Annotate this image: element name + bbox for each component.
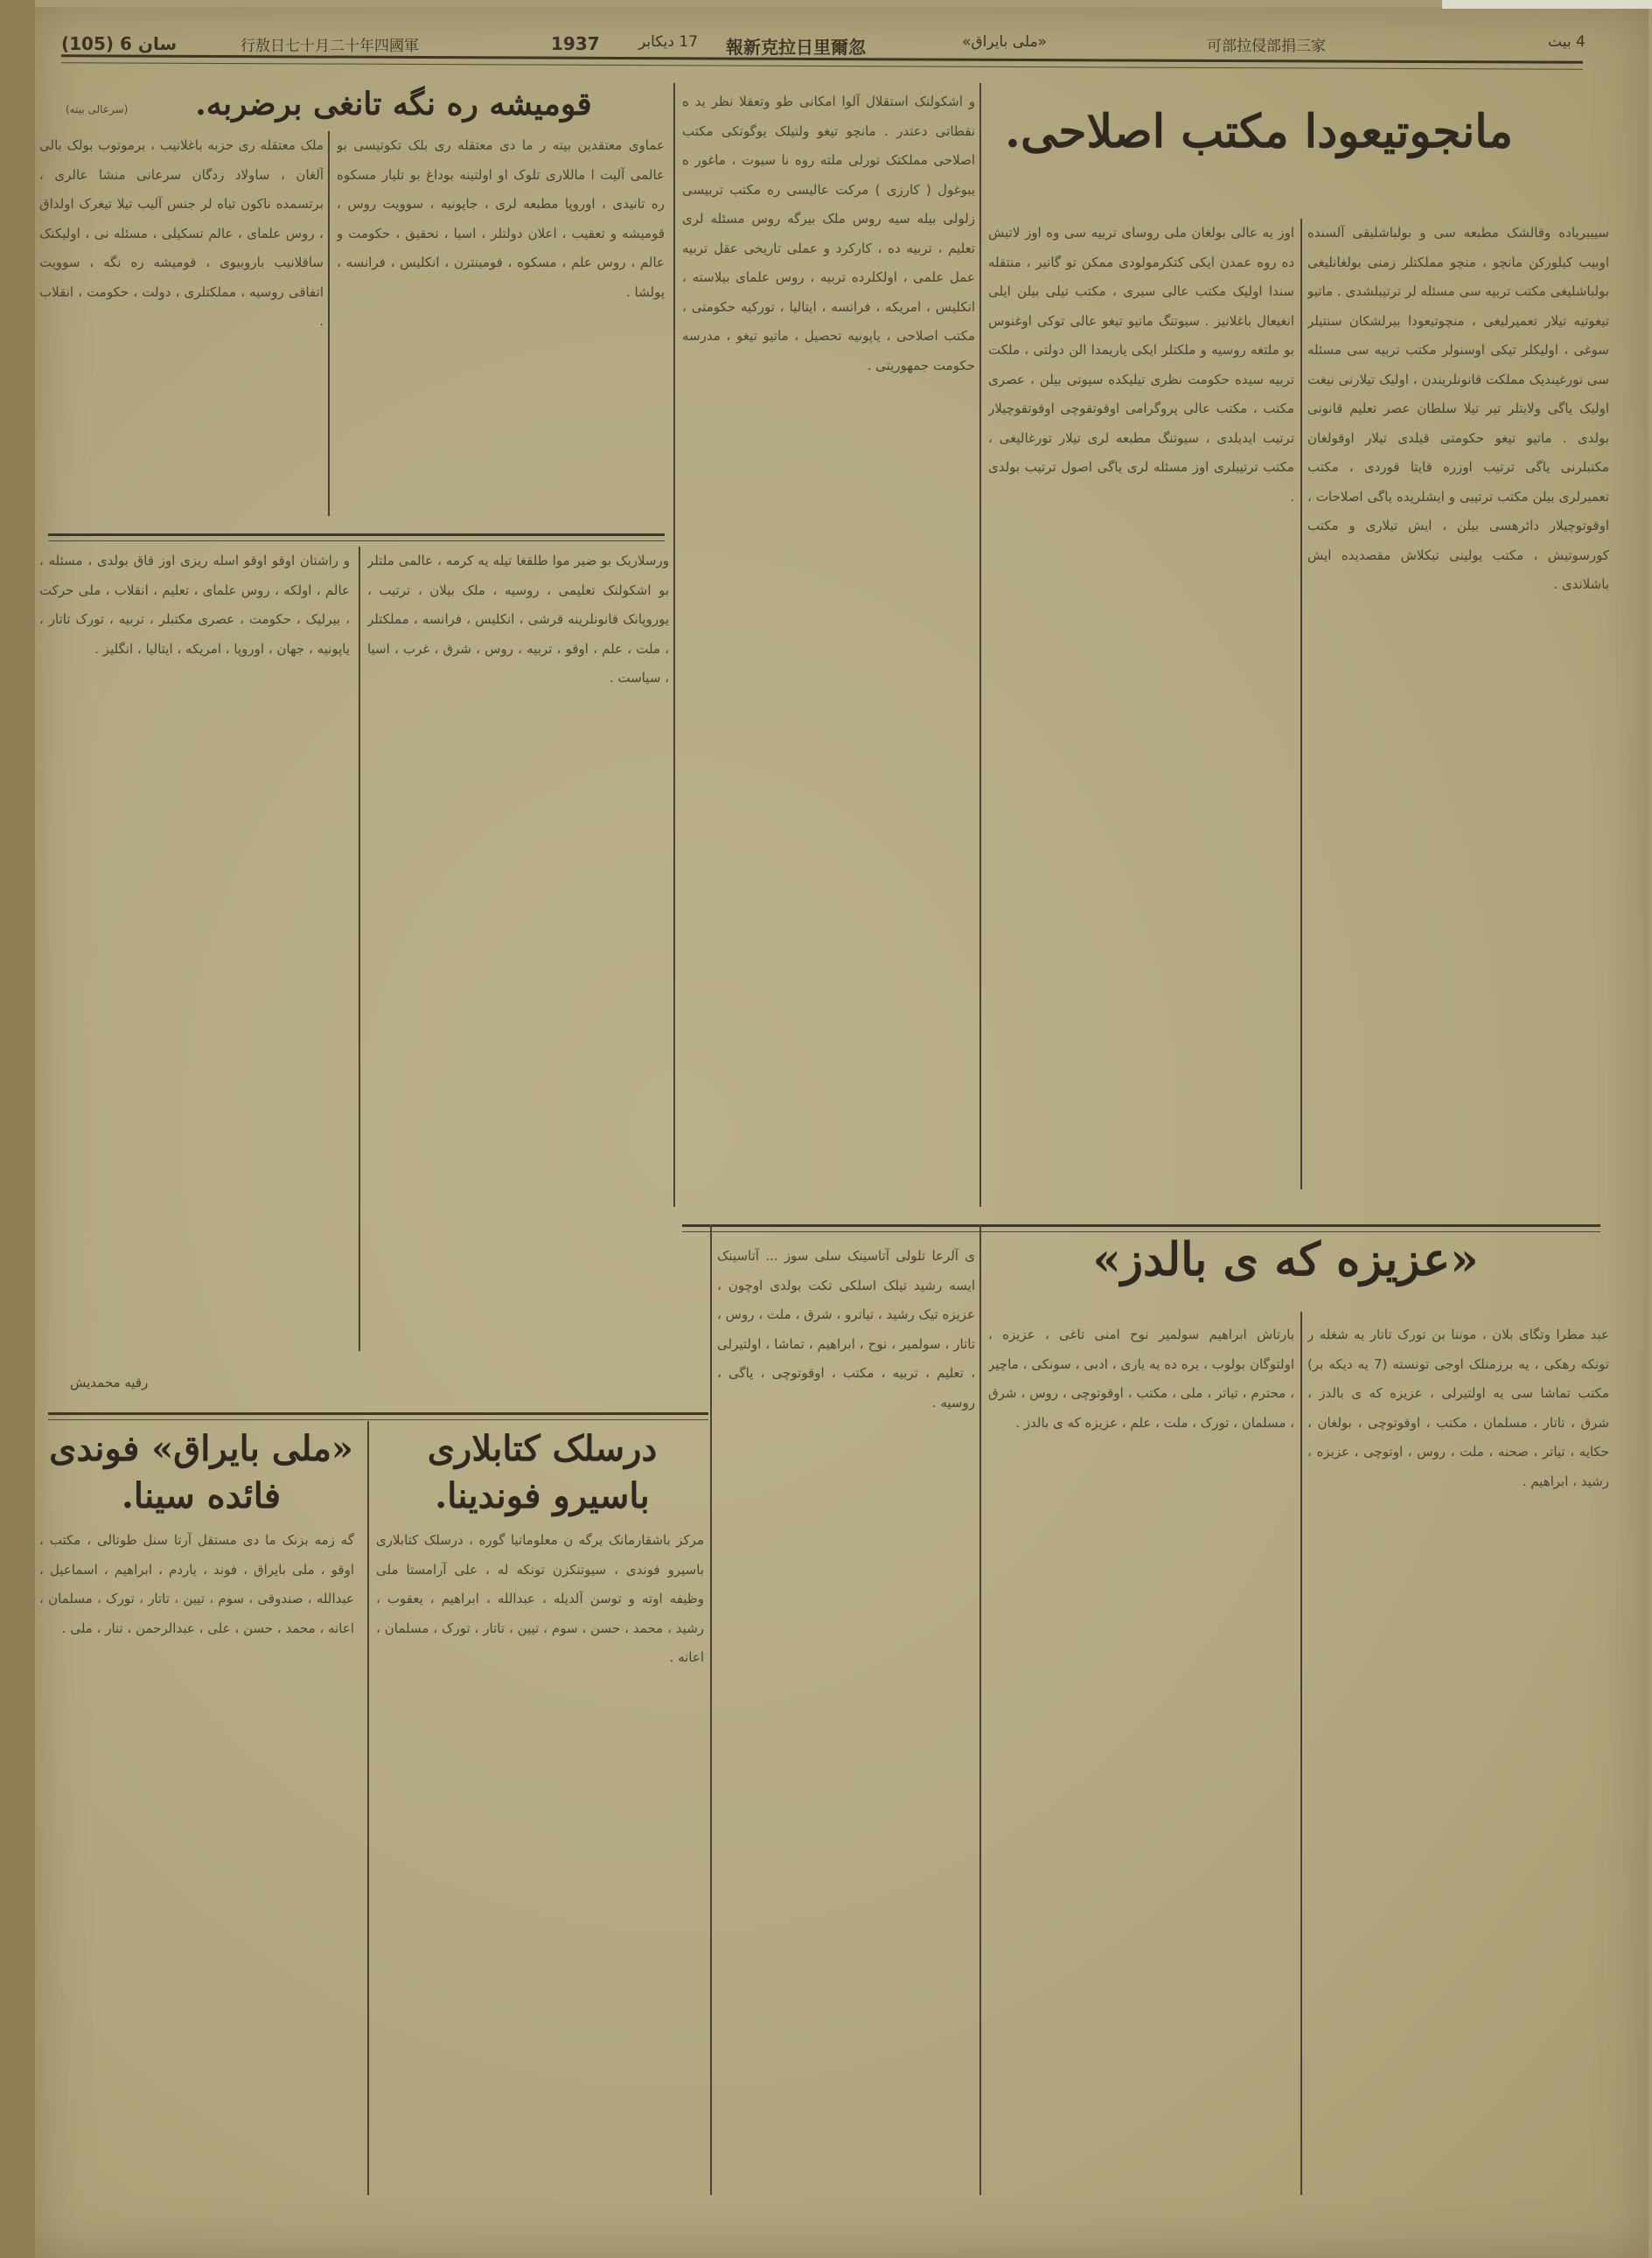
page-tear [1442, 0, 1652, 9]
section-divider [48, 533, 665, 541]
article-column: و راشتان اوقو اوقو اسله ریزی اوز قاق بول… [39, 547, 350, 1307]
chinese-title: 報新克拉日里爾忽 [726, 33, 866, 59]
article-column: عماوی معتقدین بیته ر ما دی معتقله ری بلک… [337, 131, 665, 516]
page-binding-edge [0, 0, 35, 2258]
headline-manchuria-school-reform: مانجوتیعودا مکتب اصلاحی. [1023, 105, 1513, 158]
column-divider [673, 83, 675, 1207]
column-divider [367, 1421, 369, 2195]
column-divider [328, 131, 330, 516]
column-divider [979, 83, 981, 1207]
uyghur-date: 17 دیکابر [638, 33, 698, 51]
headline-note: (سرعالی بیته) [66, 103, 128, 115]
article-column: ورسلاریک بو ضیر موا طلقغا تیله یه کرمه ،… [367, 547, 669, 1299]
uyghur-title: «ملی بایراق» [962, 33, 1047, 51]
column-divider [1300, 1312, 1302, 2195]
article-column: بارتاش ابراهیم سولمیر نوح امنی تاغی ، عز… [988, 1321, 1294, 2195]
article-column: اوز یه عالی بولغان ملی روسای تربیه سی وه… [988, 219, 1294, 1189]
article-column: سیبیریاده وقالشک مطبعه سی و بولباشلیقی آ… [1307, 219, 1609, 1198]
page-label: 4 بیت [1548, 33, 1586, 51]
chinese-date: 行敖日七十月二十年四國軍 [240, 33, 419, 55]
author-byline: رقیه محمدیش [70, 1375, 148, 1390]
year: 1937 [551, 33, 600, 54]
column-divider [979, 1224, 981, 2195]
article-column: عبد مطرا وتگای بلان ، موننا بن تورک تاتا… [1307, 1321, 1609, 2195]
section-divider [682, 1224, 1600, 1232]
column-divider [1300, 219, 1302, 1189]
article-column: ملک معتقله ری حزبه باغلانیب ، برموتوب بو… [39, 131, 324, 516]
headline-aziza-baldiz: «عزیزه که ی بالدز» [1076, 1233, 1495, 1286]
column-divider [359, 547, 360, 1351]
page-issue-number: (105) 6 سان [61, 33, 177, 54]
section-divider [48, 1412, 708, 1420]
headline-textbook-fund: درسلک کتابلاری باسیرو فوندینا. [376, 1425, 708, 1520]
article-column: گه زمه بزنک ما دی مستقل آرتا سنل طوتالی … [39, 1526, 354, 2138]
article-column: مرکز باشقارمانک یرگه ن معلوماتیا گوره ، … [376, 1526, 704, 2199]
column-divider [710, 1224, 712, 2195]
chinese-subtitle: 可部拉侵部捐三家 [1207, 33, 1326, 55]
headline-national-flag-fund: «ملی بایراق» فوندی فائده سینا. [39, 1425, 363, 1520]
article-column: ی آلرعا تلولی آتاسینک سلی سوز ... آتاسین… [717, 1242, 975, 2195]
headline-communist-blow: قومیشه ره نگه تانغی برضربه. [131, 86, 656, 122]
article-column: و اشکولنک استقلال آلوا امکانی طو وتعقلا … [682, 87, 975, 1198]
